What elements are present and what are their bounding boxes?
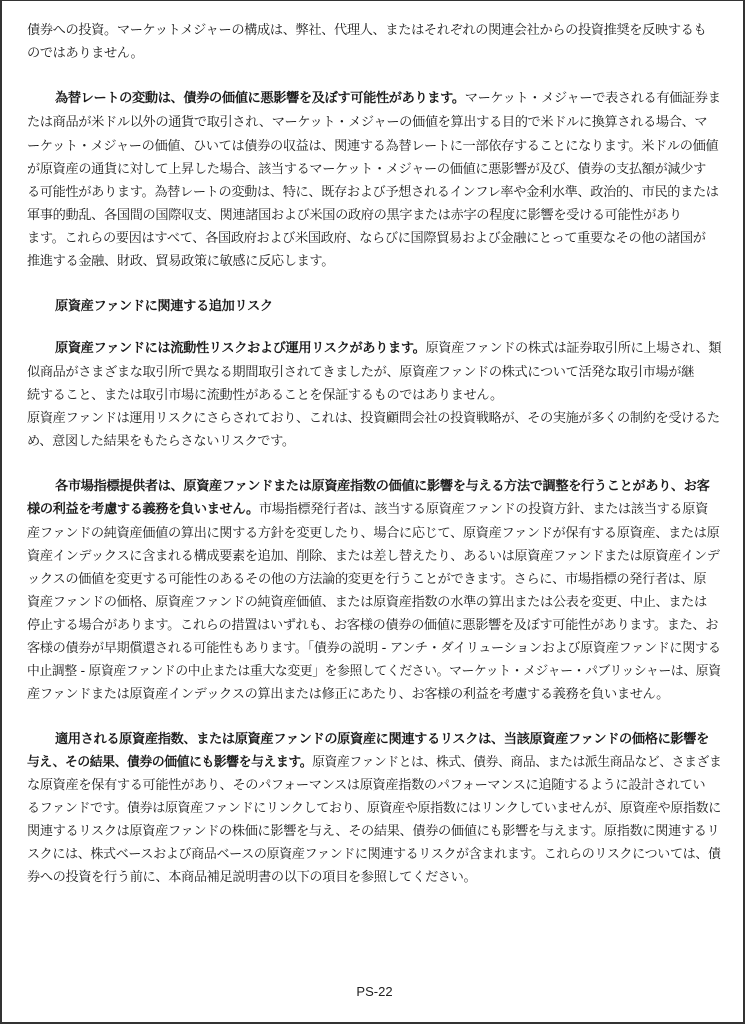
body-text: 原資産ファンドとは、株式、債券、商品、または派生商品など、さまざま — [312, 755, 721, 770]
paragraph-line: 軍事的動乱、各国間の国際収支、関連諸国および米国の政府の黒字または赤字の程度に影… — [27, 208, 682, 224]
paragraph-line: が原資産の通貨に対して上昇した場合、該当するマーケット・メジャーの価値に悪影響が… — [27, 162, 706, 178]
paragraph-line: 券への投資を行う前に、本商品補足説明書の以下の項目を参照してください。 — [27, 870, 476, 886]
body-text: 軍事的動乱、各国間の国際収支、関連諸国および米国の政府の黒字または赤字の程度に影… — [27, 208, 682, 223]
body-text: るファンドです。債券は原資産ファンドにリンクしており、原資産や原指数にはリンクし… — [27, 801, 721, 816]
body-text: 産ファンドまたは原資産インデックスの算出または修正にあたり、お客様の利益を考慮す… — [27, 687, 669, 702]
paragraph-line: ーケット・メジャーの価値、ひいては債券の収益は、関連する為替レートに一部依存する… — [27, 139, 718, 155]
section-heading: 原資産ファンドに関連する追加リスク — [55, 299, 273, 315]
paragraph-line: 資産ファンドの価格、原資産ファンドの純資産価値、または原資産指数の水準の算出また… — [27, 595, 707, 611]
body-text: 原資産ファンドは運用リスクにさらされており、これは、投資顧問会社の投資戦略が、そ… — [27, 411, 720, 426]
paragraph-line: 客様の債券が早期償還される可能性もあります。「債券の説明 - アンチ・ダイリュー… — [27, 641, 721, 657]
body-text: 産ファンドの純資産価値の算出に関する方針を変更したり、場合に応じて、原資産ファン… — [27, 526, 719, 541]
paragraph-line: たは商品が米ドル以外の通貨で取引され、マーケット・メジャーの価値を算出する目的で… — [27, 115, 707, 131]
paragraph-line: 停止する場合があります。これらの措置はいずれも、お客様の債券の価値に悪影響を及ぼ… — [27, 618, 718, 634]
paragraph-line: ックスの価値を変更する可能性のあるその他の方法論的変更を行うことができます。さら… — [27, 572, 706, 588]
paragraph-line: 推進する金融、財政、貿易政策に敏感に反応します。 — [27, 254, 334, 270]
body-text: 券への投資を行う前に、本商品補足説明書の以下の項目を参照してください。 — [27, 870, 476, 885]
body-text: 原資産ファンドの株式は証券取引所に上場され、類 — [425, 341, 721, 356]
body-text: たは商品が米ドル以外の通貨で取引され、マーケット・メジャーの価値を算出する目的で… — [27, 115, 707, 130]
body-text: ーケット・メジャーの価値、ひいては債券の収益は、関連する為替レートに一部依存する… — [27, 139, 718, 154]
paragraph-line: 資産インデックスに含まれる構成要素を追加、削除、または差し替えたり、あるいは原資… — [27, 549, 720, 565]
paragraph-line: 似商品がさまざまな取引所で異なる期間取引されてきましたが、原資産ファンドの株式に… — [27, 365, 694, 381]
body-text: 関連するリスクは原資産ファンドの株価に影響を与え、その結果、債券の価値にも影響を… — [27, 824, 719, 839]
body-text: 市場指標発行者は、該当する原資産ファンドの投資方針、または該当する原資 — [259, 502, 708, 517]
bold-lead: 原資産ファンドには流動性リスクおよび運用リスクがあります。 — [55, 341, 425, 356]
paragraph-line: 為替レートの変動は、債券の価値に悪影響を及ぼす可能性があります。マーケット・メジ… — [55, 91, 721, 107]
body-text: る可能性があります。為替レートの変動は、特に、既存および予想されるインフレ率や金… — [27, 185, 719, 200]
paragraph-line: スクには、株式ベースおよび商品ベースの原資産ファンドに関連するリスクが含まれます… — [27, 847, 721, 863]
paragraph-line: る可能性があります。為替レートの変動は、特に、既存および予想されるインフレ率や金… — [27, 185, 719, 201]
bold-lead: 適用される原資産指数、または原資産ファンドの原資産に関連するリスクは、当該原資産… — [55, 732, 709, 747]
bold-lead: 様の利益を考慮する義務を負いません。 — [27, 502, 259, 517]
paragraph-line: 続すること、または取引市場に流動性があることを保証するものではありません。 — [27, 388, 503, 404]
body-text: 続すること、または取引市場に流動性があることを保証するものではありません。 — [27, 388, 503, 403]
paragraph-line: 原資産ファンドは運用リスクにさらされており、これは、投資顧問会社の投資戦略が、そ… — [27, 411, 720, 427]
document-page: 債券への投資。マーケットメジャーの構成は、弊社、代理人、またはそれぞれの関連会社… — [0, 0, 745, 1024]
paragraph-line: 中止調整 - 原資産ファンドの中止または重大な変更」を参照してください。マーケッ… — [27, 664, 721, 680]
body-text: 中止調整 - 原資産ファンドの中止または重大な変更」を参照してください。マーケッ… — [27, 664, 721, 679]
paragraph-line: 各市場指標提供者は、原資産ファンドまたは原資産指数の価値に影響を与える方法で調整… — [55, 479, 709, 495]
paragraph-line: 債券への投資。マーケットメジャーの構成は、弊社、代理人、またはそれぞれの関連会社… — [27, 23, 706, 39]
body-text: ます。これらの要因はすべて、各国政府および米国政府、ならびに国際貿易および金融に… — [27, 231, 706, 246]
body-text: のではありません。 — [27, 46, 143, 61]
body-text: め、意図した結果をもたらさないリスクです。 — [27, 434, 295, 449]
paragraph-line: 適用される原資産指数、または原資産ファンドの原資産に関連するリスクは、当該原資産… — [55, 732, 709, 748]
paragraph-line: 与え、その結果、債券の価値にも影響を与えます。原資産ファンドとは、株式、債券、商… — [27, 755, 721, 771]
paragraph-line: 産ファンドまたは原資産インデックスの算出または修正にあたり、お客様の利益を考慮す… — [27, 687, 669, 703]
body-text: な原資産を保有する可能性があり、そのパフォーマンスは原資産指数のパフォーマンスに… — [27, 778, 705, 793]
body-text: が原資産の通貨に対して上昇した場合、該当するマーケット・メジャーの価値に悪影響が… — [27, 162, 706, 177]
bold-lead: 各市場指標提供者は、原資産ファンドまたは原資産指数の価値に影響を与える方法で調整… — [55, 479, 709, 494]
paragraph-line: め、意図した結果をもたらさないリスクです。 — [27, 434, 295, 450]
bold-lead: 与え、その結果、債券の価値にも影響を与えます。 — [27, 755, 312, 770]
paragraph-line: な原資産を保有する可能性があり、そのパフォーマンスは原資産指数のパフォーマンスに… — [27, 778, 705, 794]
paragraph-line: のではありません。 — [27, 46, 143, 62]
paragraph-line: るファンドです。債券は原資産ファンドにリンクしており、原資産や原指数にはリンクし… — [27, 801, 721, 817]
body-text: スクには、株式ベースおよび商品ベースの原資産ファンドに関連するリスクが含まれます… — [27, 847, 721, 862]
body-text: 停止する場合があります。これらの措置はいずれも、お客様の債券の価値に悪影響を及ぼ… — [27, 618, 718, 633]
bold-lead: 為替レートの変動は、債券の価値に悪影響を及ぼす可能性があります。 — [55, 91, 465, 106]
paragraph-line: 関連するリスクは原資産ファンドの株価に影響を与え、その結果、債券の価値にも影響を… — [27, 824, 719, 840]
paragraph-line: 産ファンドの純資産価値の算出に関する方針を変更したり、場合に応じて、原資産ファン… — [27, 526, 719, 542]
paragraph-line: ます。これらの要因はすべて、各国政府および米国政府、ならびに国際貿易および金融に… — [27, 231, 706, 247]
paragraph-line: 様の利益を考慮する義務を負いません。市場指標発行者は、該当する原資産ファンドの投… — [27, 502, 708, 518]
body-text: 資産ファンドの価格、原資産ファンドの純資産価値、または原資産指数の水準の算出また… — [27, 595, 707, 610]
body-text: マーケット・メジャーで表される有価証券ま — [465, 91, 721, 106]
body-text: 推進する金融、財政、貿易政策に敏感に反応します。 — [27, 254, 334, 269]
paragraph-line: 原資産ファンドには流動性リスクおよび運用リスクがあります。原資産ファンドの株式は… — [55, 341, 721, 357]
heading-text: 原資産ファンドに関連する追加リスク — [55, 299, 273, 314]
body-text: 債券への投資。マーケットメジャーの構成は、弊社、代理人、またはそれぞれの関連会社… — [27, 23, 706, 38]
body-text: 似商品がさまざまな取引所で異なる期間取引されてきましたが、原資産ファンドの株式に… — [27, 365, 694, 380]
body-text: 客様の債券が早期償還される可能性もあります。「債券の説明 - アンチ・ダイリュー… — [27, 641, 721, 656]
body-text: ックスの価値を変更する可能性のあるその他の方法論的変更を行うことができます。さら… — [27, 572, 706, 587]
page-number: PS-22 — [2, 984, 745, 999]
body-text: 資産インデックスに含まれる構成要素を追加、削除、または差し替えたり、あるいは原資… — [27, 549, 720, 564]
